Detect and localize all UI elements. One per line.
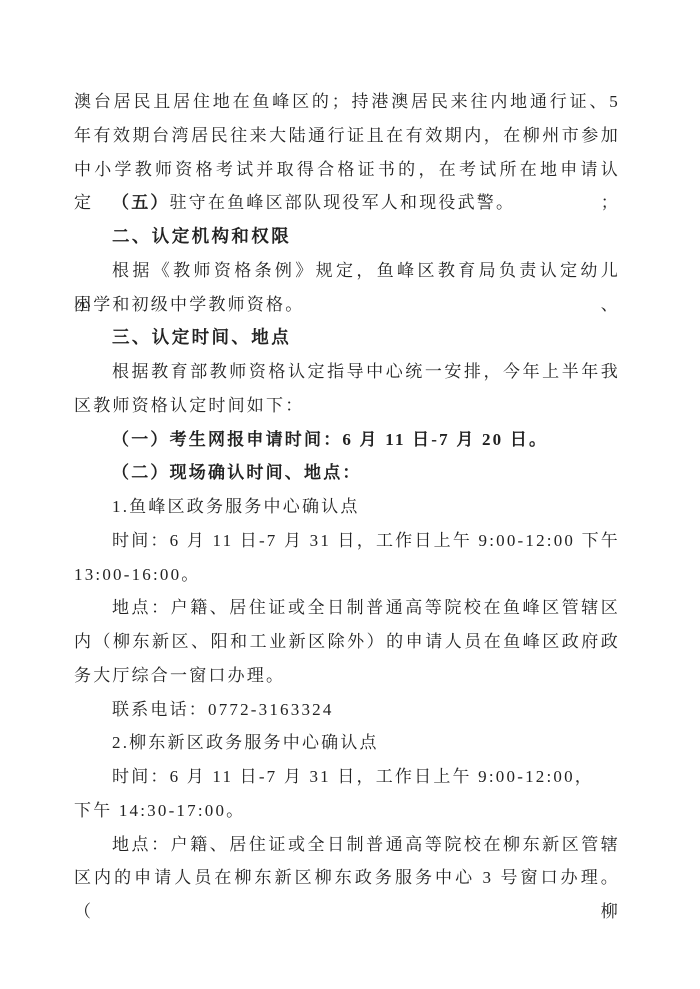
text-line: 区内的申请人员在柳东新区柳东政务服务中心 3 号窗口办理。（柳 (74, 861, 620, 895)
text-run: 区教师资格认定时间如下： (74, 396, 304, 415)
text-run: 1.鱼峰区政务服务中心确认点 (112, 497, 360, 516)
document-body: 澳台居民且居住地在鱼峰区的；持港澳居民来往内地通行证、5年有效期台湾居民往来大陆… (74, 85, 620, 895)
text-run: 澳台居民且居住地在鱼峰区的；持港澳居民来往内地通行证、5 (74, 92, 620, 111)
text-run: （一）考生网报申请时间：6 月 11 日-7 月 20 日。 (112, 430, 548, 449)
text-line: 时间：6 月 11 日-7 月 31 日，工作日上午 9:00-12:00 下午 (74, 524, 620, 558)
document-page: 澳台居民且居住地在鱼峰区的；持港澳居民来往内地通行证、5年有效期台湾居民往来大陆… (0, 0, 700, 989)
text-line: 2.柳东新区政务服务中心确认点 (74, 726, 620, 760)
text-run: （五） (112, 193, 170, 212)
text-line: （二）现场确认时间、地点： (74, 456, 620, 490)
text-run: 时间：6 月 11 日-7 月 31 日，工作日上午 9:00-12:00 下午 (112, 531, 620, 550)
text-run: 下午 14:30-17:00。 (74, 801, 245, 820)
text-run: 驻守在鱼峰区部队现役军人和现役武警。 (170, 193, 516, 212)
text-run: （二）现场确认时间、地点： (112, 463, 362, 482)
text-run: 地点：户籍、居住证或全日制普通高等院校在柳东新区管辖 (112, 835, 620, 854)
text-line: （一）考生网报申请时间：6 月 11 日-7 月 20 日。 (74, 423, 620, 457)
section-heading-text: 三、认定时间、地点 (112, 327, 291, 347)
text-line: 1.鱼峰区政务服务中心确认点 (74, 490, 620, 524)
text-line: 根据教育部教师资格认定指导中心统一安排，今年上半年我 (74, 355, 620, 389)
text-run: 时间：6 月 11 日-7 月 31 日，工作日上午 9:00-12:00， (112, 767, 594, 786)
text-run: 小学和初级中学教师资格。 (74, 295, 304, 314)
text-line: 中小学教师资格考试并取得合格证书的，在考试所在地申请认定； (74, 153, 620, 187)
text-line: 内（柳东新区、阳和工业新区除外）的申请人员在鱼峰区政府政 (74, 625, 620, 659)
text-run: 年有效期台湾居民往来大陆通行证且在有效期内，在柳州市参加 (74, 126, 620, 145)
text-line: 区教师资格认定时间如下： (74, 389, 620, 423)
text-line: 时间：6 月 11 日-7 月 31 日，工作日上午 9:00-12:00， (74, 760, 620, 794)
text-line: 年有效期台湾居民往来大陆通行证且在有效期内，在柳州市参加 (74, 119, 620, 153)
text-line: 二、认定机构和权限 (74, 220, 620, 254)
text-run: 地点：户籍、居住证或全日制普通高等院校在鱼峰区管辖区 (112, 598, 620, 617)
text-run: 务大厅综合一窗口办理。 (74, 666, 285, 685)
section-heading-text: 二、认定机构和权限 (112, 226, 291, 246)
text-run: 区内的申请人员在柳东新区柳东政务服务中心 3 号窗口办理。（柳 (74, 868, 620, 921)
text-line: 务大厅综合一窗口办理。 (74, 659, 620, 693)
text-line: 下午 14:30-17:00。 (74, 794, 620, 828)
text-line: 地点：户籍、居住证或全日制普通高等院校在鱼峰区管辖区 (74, 591, 620, 625)
text-line: 地点：户籍、居住证或全日制普通高等院校在柳东新区管辖 (74, 828, 620, 862)
text-line: 联系电话：0772-3163324 (74, 693, 620, 727)
text-line: 澳台居民且居住地在鱼峰区的；持港澳居民来往内地通行证、5 (74, 85, 620, 119)
text-line: 三、认定时间、地点 (74, 321, 620, 355)
text-run: 联系电话：0772-3163324 (112, 700, 334, 719)
text-run: 2.柳东新区政务服务中心确认点 (112, 733, 379, 752)
text-run: 根据教育部教师资格认定指导中心统一安排，今年上半年我 (112, 362, 620, 381)
text-run: 13:00-16:00。 (74, 565, 201, 584)
text-line: 根据《教师资格条例》规定，鱼峰区教育局负责认定幼儿园、 (74, 254, 620, 288)
text-line: 13:00-16:00。 (74, 558, 620, 592)
text-run: 内（柳东新区、阳和工业新区除外）的申请人员在鱼峰区政府政 (74, 632, 620, 651)
